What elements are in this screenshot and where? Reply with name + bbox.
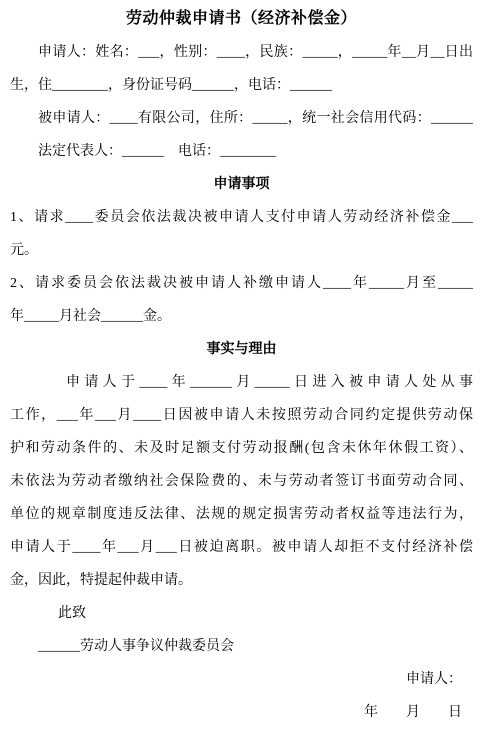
document-page: 劳动仲裁申请书（经济补偿金） 申请人：姓名：___，性别：____，民族：___… — [0, 0, 483, 733]
closing-section: 此致______劳动人事争议仲裁委员会 — [10, 597, 473, 663]
document-line: 护和劳动条件的、未及时足额支付劳动报酬(包含未休年休假工资）、 — [10, 432, 473, 465]
facts-section: 申请人于____年______月_____日进入被申请人处从事工作，___年__… — [10, 366, 473, 597]
facts-heading: 事实与理由 — [10, 333, 473, 366]
document-line: 申请人于____年______月_____日进入被申请人处从事 — [10, 366, 473, 399]
claims-section: 1、请求____委员会依法裁决被申请人支付申请人劳动经济补偿金___元。2、请求… — [10, 201, 473, 333]
document-line: 工作，___年___月____日因被申请人未按照劳动合同约定提供劳动保 — [10, 399, 473, 432]
document-line: 未依法为劳动者缴纳社会保险费的、未与劳动者签订书面劳动合同、 — [10, 465, 473, 498]
signature-line: 年 月 日 — [10, 696, 473, 729]
signature-section: 申请人：年 月 日 — [10, 663, 473, 729]
document-line: 申请人：姓名：___，性别：____，民族：_____，_____年__月__日… — [10, 36, 473, 69]
document-line: 法定代表人：______ 电话：________ — [10, 135, 473, 168]
document-line: 此致 — [10, 597, 473, 630]
claims-heading: 申请事项 — [10, 168, 473, 201]
document-line: 元。 — [10, 234, 473, 267]
signature-line: 申请人： — [10, 663, 473, 696]
document-line: 金，因此，特提起仲裁申请。 — [10, 564, 473, 597]
applicant-section: 申请人：姓名：___，性别：____，民族：_____，_____年__月__日… — [10, 36, 473, 168]
document-line: 单位的规章制度违反法律、法规的规定损害劳动者权益等违法行为， — [10, 498, 473, 531]
document-line: ______劳动人事争议仲裁委员会 — [10, 630, 473, 663]
document-line: 年_____月社会______金。 — [10, 300, 473, 333]
document-line: 申请人于____年___月___日被迫离职。被申请人却拒不支付经济补偿 — [10, 531, 473, 564]
document-line: 2、请求委员会依法裁决被申请人补缴申请人____年_____月至_____ — [10, 267, 473, 300]
document-line: 生，住________，身份证号码______，电话：______ — [10, 69, 473, 102]
document-title: 劳动仲裁申请书（经济补偿金） — [10, 0, 473, 36]
document-line: 1、请求____委员会依法裁决被申请人支付申请人劳动经济补偿金___ — [10, 201, 473, 234]
document-line: 被申请人：____有限公司，住所：_____，统一社会信用代码：______ — [10, 102, 473, 135]
